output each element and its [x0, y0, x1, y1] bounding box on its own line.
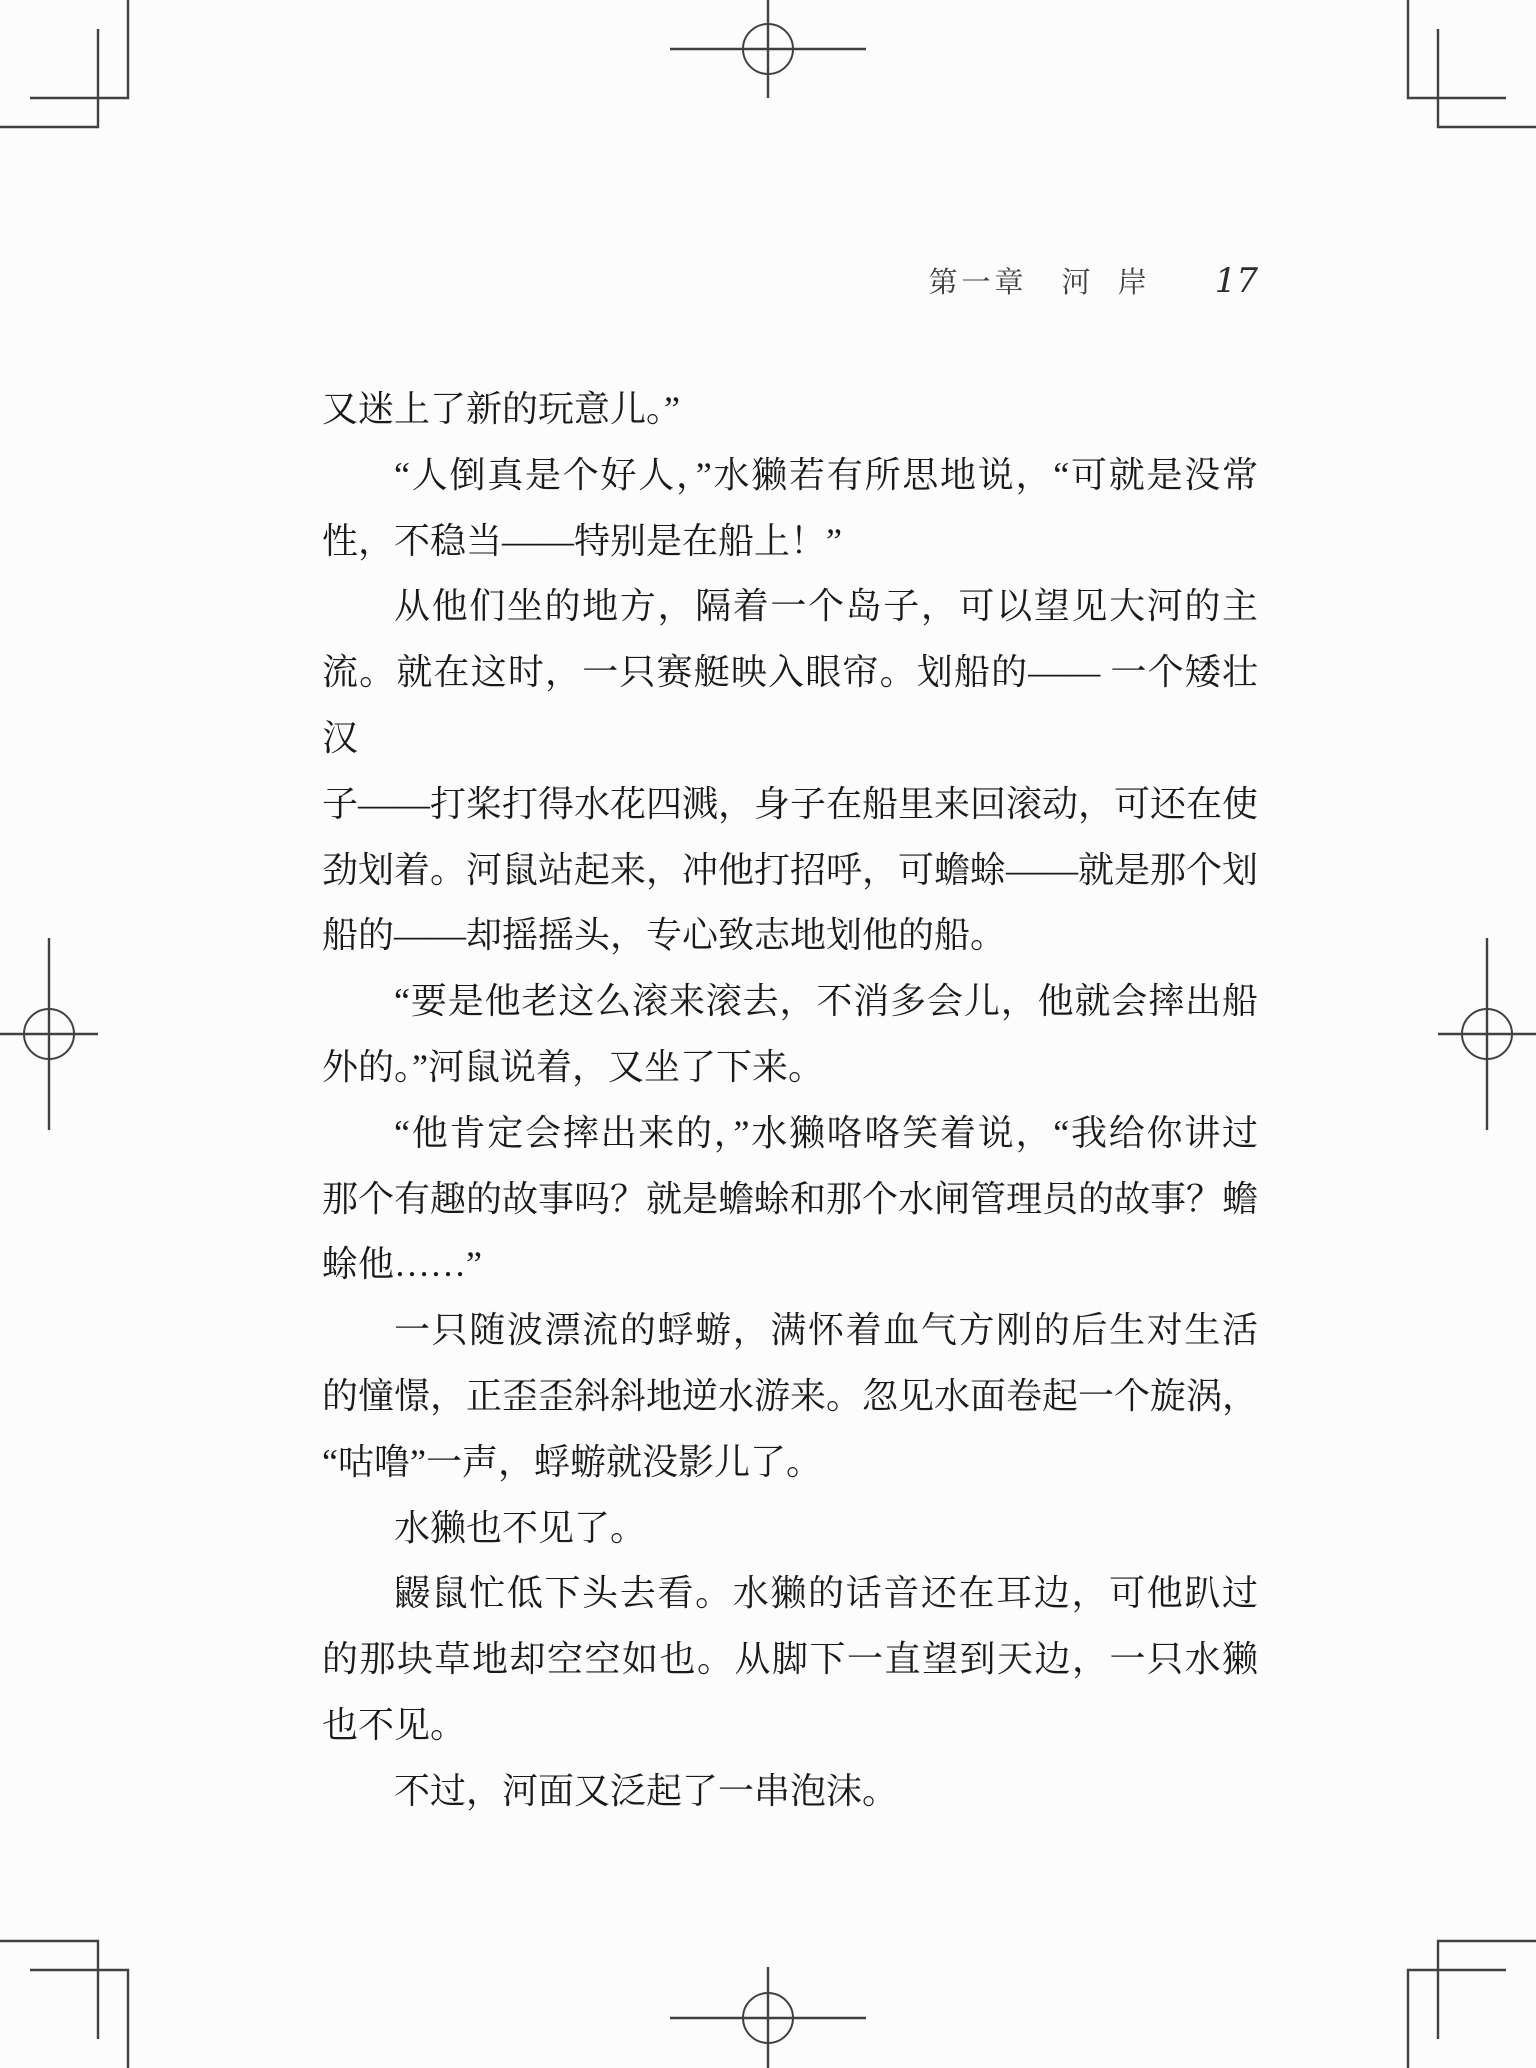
text-line: 又迷上了新的玩意儿。” — [322, 377, 1258, 443]
crop-corner-mark-icon-top-right — [1408, 0, 1536, 127]
text-line: 劲划着。河鼠站起来，冲他打招呼，可蟾蜍——就是那个划 — [322, 838, 1258, 904]
chapter-title: 河 岸 — [1061, 260, 1156, 301]
crop-corner-mark-icon-bottom-right — [1408, 1941, 1536, 2068]
text-line: “他肯定会摔出来的，”水獭咯咯笑着说，“我给你讲过 — [322, 1101, 1258, 1167]
crop-corner-mark-icon-bottom-left — [0, 1941, 128, 2068]
book-page: { "header": { "chapter": "第一章", "title":… — [0, 0, 1536, 2068]
text-line: 不过，河面又泛起了一串泡沫。 — [322, 1759, 1258, 1825]
text-line: 的憧憬，正歪歪斜斜地逆水游来。忽见水面卷起一个旋涡， — [322, 1364, 1258, 1430]
text-line: “要是他老这么滚来滚去，不消多会儿，他就会摔出船 — [322, 969, 1258, 1035]
text-line: 也不见。 — [322, 1693, 1258, 1759]
text-line: “人倒真是个好人，”水獭若有所思地说，“可就是没常 — [322, 443, 1258, 509]
text-line: 蜍他……” — [322, 1232, 1258, 1298]
text-line: 鼹鼠忙低下头去看。水獭的话音还在耳边，可他趴过 — [322, 1561, 1258, 1627]
text-line: 船的——却摇摇头，专心致志地划他的船。 — [322, 903, 1258, 969]
text-line: 流。就在这时，一只赛艇映入眼帘。划船的—— 一个矮壮汉 — [322, 640, 1258, 772]
text-line: “咕噜”一声，蜉蝣就没影儿了。 — [322, 1430, 1258, 1496]
registration-target-icon-top — [670, 0, 866, 98]
text-line: 子——打桨打得水花四溅，身子在船里来回滚动，可还在使 — [322, 772, 1258, 838]
text-line: 从他们坐的地方，隔着一个岛子，可以望见大河的主 — [322, 574, 1258, 640]
registration-target-icon-right — [1438, 938, 1536, 1130]
body-text: 又迷上了新的玩意儿。” “人倒真是个好人，”水獭若有所思地说，“可就是没常 性，… — [322, 377, 1258, 1825]
text-line: 水獭也不见了。 — [322, 1496, 1258, 1562]
text-line: 一只随波漂流的蜉蝣，满怀着血气方刚的后生对生活 — [322, 1298, 1258, 1364]
running-head: 第一章 河 岸 17 — [322, 260, 1258, 301]
chapter-label: 第一章 — [928, 260, 1027, 301]
text-line: 那个有趣的故事吗？就是蟾蜍和那个水闸管理员的故事？蟾 — [322, 1167, 1258, 1233]
crop-corner-mark-icon-top-left — [0, 0, 128, 127]
text-line: 性，不稳当——特别是在船上！” — [322, 509, 1258, 575]
registration-target-icon-left — [0, 938, 98, 1130]
page-number: 17 — [1215, 261, 1258, 301]
text-line: 外的。”河鼠说着，又坐了下来。 — [322, 1035, 1258, 1101]
text-line: 的那块草地却空空如也。从脚下一直望到天边，一只水獭 — [322, 1627, 1258, 1693]
registration-target-icon-bottom — [670, 1967, 866, 2068]
